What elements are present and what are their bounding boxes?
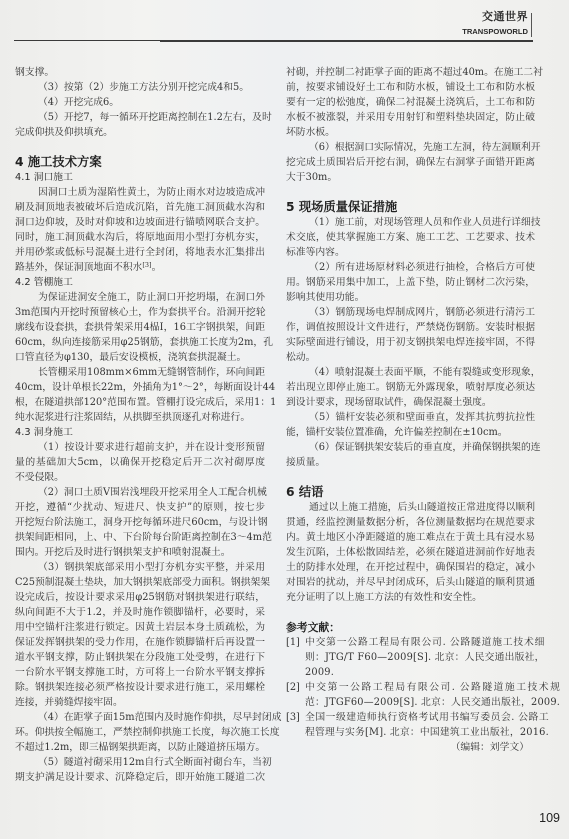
text-line: （4）喷射混凝土表面平顺，不能有裂缝或变形现象， — [286, 365, 535, 380]
text-line: （2）所有进场原材料必须进行抽检，合格后方可使 — [286, 260, 535, 275]
left-column: 钢支撑。 （3）按第（2）步施工方法分别开挖完成4和5。 （4）开挖完成6。 （… — [15, 65, 265, 785]
reference-number: [2] — [286, 680, 305, 695]
paragraph: 长管棚采用108mm×6mm无缝钢管制作，环向间距 40cm，设计单根长22m，… — [15, 365, 265, 425]
text-line: （6）根据洞口实际情况，先施工左洞，待左洞顺利开 — [286, 140, 535, 155]
text-line: 3m范围内开挖时预留核心土，作为套拱平台。沿洞开挖轮 — [15, 305, 265, 320]
section-heading: 4 施工技术方案 — [15, 155, 265, 170]
text-line: 环。仰拱按全幅施工，严禁控制仰拱施工长度，每次施工长度 — [15, 725, 265, 740]
reference-item: [1] 中交第一公路工程局有限公司. 公路隧道施工技术细 则：JTG/T F60… — [286, 635, 535, 680]
text-line: 开挖，遵循“少扰动、短进尺、快支护”的原则，按七步 — [15, 500, 265, 515]
text-line: 能，锚杆安装位置准确，允许偏差控制在±10cm。 — [286, 425, 535, 440]
text-line: 要有一定的松弛度，确保二衬混凝土浇筑后，土工布和防 — [286, 95, 535, 110]
text-line: 内。黄土地区小净距隧道的施工难点在于黄土具有浸水易 — [286, 530, 535, 545]
text-line: 刷及洞顶地表被破坏后造成沉陷，首先施工洞顶截水沟和 — [15, 200, 265, 215]
list-item-continuation: 衬砌，并控制二衬距掌子面的距离不超过40m。在施工二衬 前，按要求铺设好土工布和… — [286, 65, 535, 140]
step-4: （4）开挖完成6。 — [15, 95, 265, 110]
references-heading: 参考文献： — [286, 620, 535, 635]
right-column: 衬砌，并控制二衬距掌子面的距离不超过40m。在施工二衬 前，按要求铺设好土工布和… — [286, 65, 535, 755]
spacer — [286, 185, 535, 200]
text-line: 连接，并骑缝焊接牢固。 — [15, 695, 265, 710]
text-line: 全国一级建造师执行资格考试用书编写委员会. 公路工 — [305, 710, 549, 725]
text-line: 到设计要求，现场留取试件，确保混凝土强度。 — [286, 395, 535, 410]
journal-title-cn: 交通世界 — [482, 10, 528, 24]
text-line: 洞口边仰坡，及时对仰坡和边坡面进行锚喷网联合支护。 — [15, 215, 265, 230]
text-line: 若出现立即停止施工。钢筋无外露现象，喷射厚度必须达 — [286, 380, 535, 395]
text-line: 完成仰拱及仰拱填充。 — [15, 125, 265, 140]
text-line: 中交第一公路工程局有限公司. 公路隧道施工技术规 — [305, 680, 560, 695]
text-line: 对围岩的扰动，并尽早封闭成环，后头山隧道的顺利贯通 — [286, 575, 535, 590]
text-line: 纯水泥浆进行注浆固结，从拱脚至拱顶逐孔对称进行。 — [15, 410, 265, 425]
text-line: 不超过1.2m，即三榀钢架拱距离，以防止隧道挤压塌方。 — [15, 740, 265, 755]
reference-number: [1] — [286, 635, 305, 650]
paragraph: 为保证进洞安全施工，防止洞口开挖坍塌，在洞口外 3m范围内开挖时预留核心土，作为… — [15, 290, 265, 365]
text-line: 大于30m。 — [286, 170, 535, 185]
text-line: 并用砂浆或低标号混凝土进行全封闭，将地表水汇集排出 — [15, 245, 265, 260]
citation-mark: [3] — [142, 261, 151, 269]
text-line: （6）保证钢拱架安装后的垂直度，并确保钢拱架的连 — [286, 440, 535, 455]
text-line: 水板不被涨裂，并采用专用射钉和塑料垫块固定，防止破 — [286, 110, 535, 125]
editor-credit: （编辑：刘学文） — [286, 740, 535, 755]
text-line: （5）开挖7，每一循环开挖距离控制在1.2左右，及时 — [15, 110, 265, 125]
text-line: （5）锚杆安装必须和壁面垂直，发挥其抗剪抗拉性 — [286, 410, 535, 425]
text-line: 充分证明了以上施工方法的有效性和安全性。 — [286, 590, 535, 605]
list-item: （4）喷射混凝土表面平顺，不能有裂缝或变形现象， 若出现立即停止施工。钢筋无外露… — [286, 365, 535, 410]
list-item: （5）隧道衬砌采用12m自行式全断面衬砌台车，当初 期支护满足设计要求、沉降稳定… — [15, 755, 265, 785]
spacer — [286, 605, 535, 620]
text-line: （1）按设计要求进行超前支护，并在设计变形预留 — [15, 440, 265, 455]
text-line: （3）按第（2）步施工方法分别开挖完成4和5。 — [15, 80, 265, 95]
text-line: 坏防水板。 — [286, 125, 535, 140]
text-line: 中交第一公路工程局有限公司. 公路隧道施工技术细 — [305, 635, 545, 650]
list-item: （4）在距掌子面15m范围内及时施作仰拱，尽早封闭成 环。仰拱按全幅施工，严禁控… — [15, 710, 265, 755]
text-line: 挖完成土质围岩后开挖右洞，确保左右洞掌子面错开距离 — [286, 155, 535, 170]
text-line: 路基外，保证洞顶地面不积水[3]。 — [15, 260, 265, 275]
text-line: 钢支撑。 — [15, 65, 265, 80]
text-line: 则：JTG/T F60—2009[S]. 北京：人民交通出版社， — [305, 650, 545, 665]
reference-text: 中交第一公路工程局有限公司. 公路隧道施工技术细 则：JTG/T F60—200… — [305, 635, 545, 680]
text-line: 范：JTGF60—2009[S]. 北京：人民交通出版社，2009. — [305, 695, 560, 710]
text-line: 用。钢筋采用集中加工，上盖下垫，防止钢材二次污染， — [286, 275, 535, 290]
text-span: 。 — [152, 262, 162, 273]
section-heading: 5 现场质量保证措施 — [286, 200, 535, 215]
page-number: 109 — [539, 811, 560, 826]
text-line: 通过以上施工措施，后头山隧道按正常进度得以顺利 — [286, 500, 535, 515]
text-line: C25预制混凝土垫块，加大钢拱架底部受力面积。钢拱架架 — [15, 575, 265, 590]
text-line: （4）在距掌子面15m范围内及时施作仰拱，尽早封闭成 — [15, 710, 265, 725]
subsection-heading: 4.1 洞口施工 — [15, 170, 265, 185]
list-item: （6）保证钢拱架安装后的垂直度，并确保钢拱架的连 接质量。 — [286, 440, 535, 470]
text-line: 作，调值按照设计文件进行，严禁烧伤钢筋。安装时根据 — [286, 320, 535, 335]
text-line: 除。钢拱架连接必须严格按设计要求进行施工，采用螺栓 — [15, 680, 265, 695]
subsection-heading: 4.3 洞身施工 — [15, 425, 265, 440]
text-line: 60cm，纵向连接筋采用φ25钢筋，套拱施工长度为2m，孔 — [15, 335, 265, 350]
list-item: （3）钢筋现场电焊制成网片，钢筋必须进行清污工 作，调值按照设计文件进行，严禁烧… — [286, 305, 535, 365]
text-line: 贯通，经监控测量数据分析，各位测量数据均在规范要求 — [286, 515, 535, 530]
text-line: 道水平钢支撑，防止钢拱架在分段施工处受剪，在进行下 — [15, 650, 265, 665]
text-line: 拱架间距相同，上、中、下台阶每台阶距离控制在3～4m范 — [15, 530, 265, 545]
text-line: 程管理与实务[M]. 北京：中国建筑工业出版社，2016. — [305, 725, 549, 740]
spacer — [286, 470, 535, 485]
section-heading: 6 结语 — [286, 485, 535, 500]
header-divider — [531, 13, 532, 37]
text-line: 术交底，使其掌握施工方案、施工工艺、工艺要求、技术 — [286, 230, 535, 245]
list-item: （6）根据洞口实际情况，先施工左洞，待左洞顺利开 挖完成土质围岩后开挖右洞，确保… — [286, 140, 535, 185]
text-line: 口管直径为φ130，最后安设模板，浇筑套拱混凝土。 — [15, 350, 265, 365]
text-line: 衬砌，并控制二衬距掌子面的距离不超过40m。在施工二衬 — [286, 65, 535, 80]
text-line: （2）洞口土质V围岩浅埋段开挖采用全人工配合机械 — [15, 485, 265, 500]
text-line: 2009. — [305, 665, 545, 680]
list-item: （2）所有进场原材料必须进行抽检，合格后方可使 用。钢筋采用集中加工，上盖下垫，… — [286, 260, 535, 305]
reference-number: [3] — [286, 710, 305, 725]
text-line: 纵向间距不大于1.2，并及时施作锁脚锚杆，必要时，采 — [15, 605, 265, 620]
step-3: （3）按第（2）步施工方法分别开挖完成4和5。 — [15, 80, 265, 95]
reference-text: 全国一级建造师执行资格考试用书编写委员会. 公路工 程管理与实务[M]. 北京：… — [305, 710, 549, 740]
text-line: （1）施工前，对现场管理人员和作业人员进行详细技 — [286, 215, 535, 230]
list-item: （1）按设计要求进行超前支护，并在设计变形预留 量的基础加大5cm，以确保开挖稳… — [15, 440, 265, 485]
text-line: 标准等内容。 — [286, 245, 535, 260]
text-line: （5）隧道衬砌采用12m自行式全断面衬砌台车，当初 — [15, 755, 265, 770]
text-line: 用中空锚杆注浆进行锁定。因黄土岩层本身土质疏松，为 — [15, 620, 265, 635]
text-line: 根，在隧道拱部120°范围布置。管棚打设完成后，采用1：1 — [15, 395, 265, 410]
text-line: 40cm，设计单根长22m，外插角为1°～2°，每断面设计44 — [15, 380, 265, 395]
reference-text: 中交第一公路工程局有限公司. 公路隧道施工技术规 范：JTGF60—2009[S… — [305, 680, 560, 710]
text-line: 影响其使用功能。 — [286, 290, 535, 305]
text-line: （3）钢拱架底部采用小型打夯机夯实平整，并采用 — [15, 560, 265, 575]
spacer — [15, 140, 265, 155]
text-line: 围内。开挖后及时进行钢拱架支护和喷射混凝土。 — [15, 545, 265, 560]
reference-item: [2] 中交第一公路工程局有限公司. 公路隧道施工技术规 范：JTGF60—20… — [286, 680, 535, 710]
text-line: 期支护满足设计要求、沉降稳定后，即开始施工隧道二次 — [15, 770, 265, 785]
text-line: 廓线布设套拱，套拱骨架采用4榀I，16工字钢拱架，间距 — [15, 320, 265, 335]
text-line: 同时，施工洞顶截水沟后，将原地面用小型打夯机夯实， — [15, 230, 265, 245]
text-line: 量的基础加大5cm，以确保开挖稳定后开二次衬砌厚度 — [15, 455, 265, 470]
text-line: 土的防排水处理，在开挖过程中，确保围岩的稳定，减小 — [286, 560, 535, 575]
step-5: （5）开挖7，每一循环开挖距离控制在1.2左右，及时 完成仰拱及仰拱填充。 — [15, 110, 265, 140]
list-item: （3）钢拱架底部采用小型打夯机夯实平整，并采用 C25预制混凝土垫块，加大钢拱架… — [15, 560, 265, 710]
text-line: （3）钢筋现场电焊制成网片，钢筋必须进行清污工 — [286, 305, 535, 320]
text-line: 长管棚采用108mm×6mm无缝钢管制作，环向间距 — [15, 365, 265, 380]
text-line: 为保证进洞安全施工，防止洞口开挖坍塌，在洞口外 — [15, 290, 265, 305]
text-line: 前，按要求铺设好土工布和防水板，铺设土工布和防水板 — [286, 80, 535, 95]
text-line: 松动。 — [286, 350, 535, 365]
text-span: 路基外，保证洞顶地面不积水 — [15, 262, 142, 273]
header-rule-thick — [160, 40, 533, 42]
text-line: （4）开挖完成6。 — [15, 95, 265, 110]
text-line: 发生沉陷，土体松散固结差，必须在隧道进洞前作好地表 — [286, 545, 535, 560]
subsection-heading: 4.2 管棚施工 — [15, 275, 265, 290]
paragraph-continuation: 钢支撑。 — [15, 65, 265, 80]
reference-item: [3] 全国一级建造师执行资格考试用书编写委员会. 公路工 程管理与实务[M].… — [286, 710, 535, 740]
text-line: 一台阶水平钢支撑施工时，方可将上一台阶水平钢支撑拆 — [15, 665, 265, 680]
text-line: 保证发挥钢拱架的受力作用，在施作锁脚锚杆后再设置一 — [15, 635, 265, 650]
paragraph: 通过以上施工措施，后头山隧道按正常进度得以顺利 贯通，经监控测量数据分析，各位测… — [286, 500, 535, 605]
text-line: 实际壁面进行铺设，用于初支钢拱架电焊连接牢固，不得 — [286, 335, 535, 350]
text-line: 不受侵限。 — [15, 470, 265, 485]
text-line: 因洞口土质为湿陷性黄土，为防止雨水对边坡造成冲 — [15, 185, 265, 200]
list-item: （2）洞口土质V围岩浅埋段开挖采用全人工配合机械 开挖，遵循“少扰动、短进尺、快… — [15, 485, 265, 560]
list-item: （5）锚杆安装必须和壁面垂直，发挥其抗剪抗拉性 能，锚杆安装位置准确，允许偏差控… — [286, 410, 535, 440]
journal-title-en: TRANSPOWORLD — [462, 27, 528, 37]
text-line: 设完成后，按设计要求采用φ25钢筋对钢拱架进行联结， — [15, 590, 265, 605]
text-line: 接质量。 — [286, 455, 535, 470]
paragraph: 因洞口土质为湿陷性黄土，为防止雨水对边坡造成冲 刷及洞顶地表被破坏后造成沉陷，首… — [15, 185, 265, 275]
list-item: （1）施工前，对现场管理人员和作业人员进行详细技 术交底，使其掌握施工方案、施工… — [286, 215, 535, 260]
text-line: 开挖短台阶法施工，洞身开挖每循环进尺60cm，与设计钢 — [15, 515, 265, 530]
